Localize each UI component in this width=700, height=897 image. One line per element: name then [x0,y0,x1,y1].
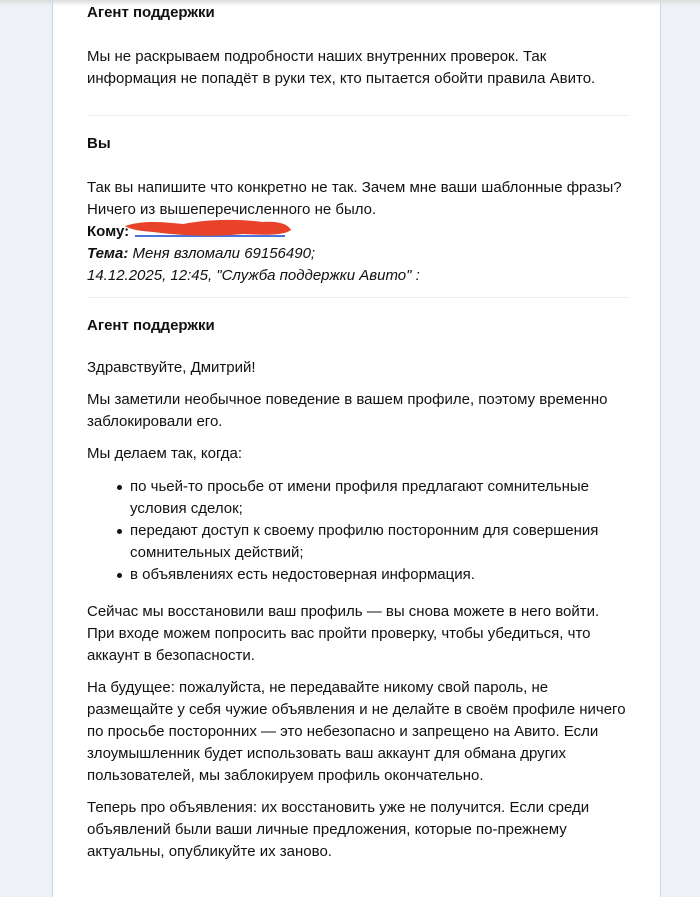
reason-item: передают доступ к своему профилю посторо… [130,520,629,564]
message-divider [87,297,629,298]
message-text: Мы делаем так, когда: [87,443,629,465]
message-text: Мы заметили необычное поведение в вашем … [87,389,629,433]
quote-subject-line: Тема: Меня взломали 69156490; [87,243,629,265]
message-author: Вы [87,133,629,155]
message-text: На будущее: пожалуйста, не передавайте н… [87,677,629,787]
message-text: Так вы напишите что конкретно не так. За… [87,177,629,221]
message-author: Агент поддержки [87,315,629,337]
quote-subject-label: Тема: [87,245,128,262]
quote-subject-value: Меня взломали 69156490; [133,245,316,262]
message-agent-2: Агент поддержки Здравствуйте, Дмитрий! М… [87,315,629,863]
top-edge-shadow [0,0,700,6]
message-text: Сейчас мы восстановили ваш профиль — вы … [87,601,629,667]
message-user: Вы Так вы напишите что конкретно не так.… [87,133,629,287]
greeting-text: Здравствуйте, Дмитрий! [87,357,629,379]
quote-to-value-redacted [133,221,283,239]
message-text: Мы не раскрываем подробности наших внутр… [87,46,629,90]
message-text: Теперь про объявления: их восстановить у… [87,797,629,863]
message-thread: Агент поддержки Мы не раскрываем подробн… [52,0,661,897]
reason-item: в объявлениях есть недостоверная информа… [130,564,629,586]
message-agent-1: Агент поддержки Мы не раскрываем подробн… [87,2,629,90]
reason-item: по чьей-то просьбе от имени профиля пред… [130,476,629,520]
quote-to-line: Кому: [87,221,629,243]
reasons-list: по чьей-то просьбе от имени профиля пред… [87,476,629,586]
redaction-scribble [123,218,293,238]
quote-date-line: 14.12.2025, 12:45, "Служба поддержки Ави… [87,265,629,287]
message-divider [87,115,629,116]
